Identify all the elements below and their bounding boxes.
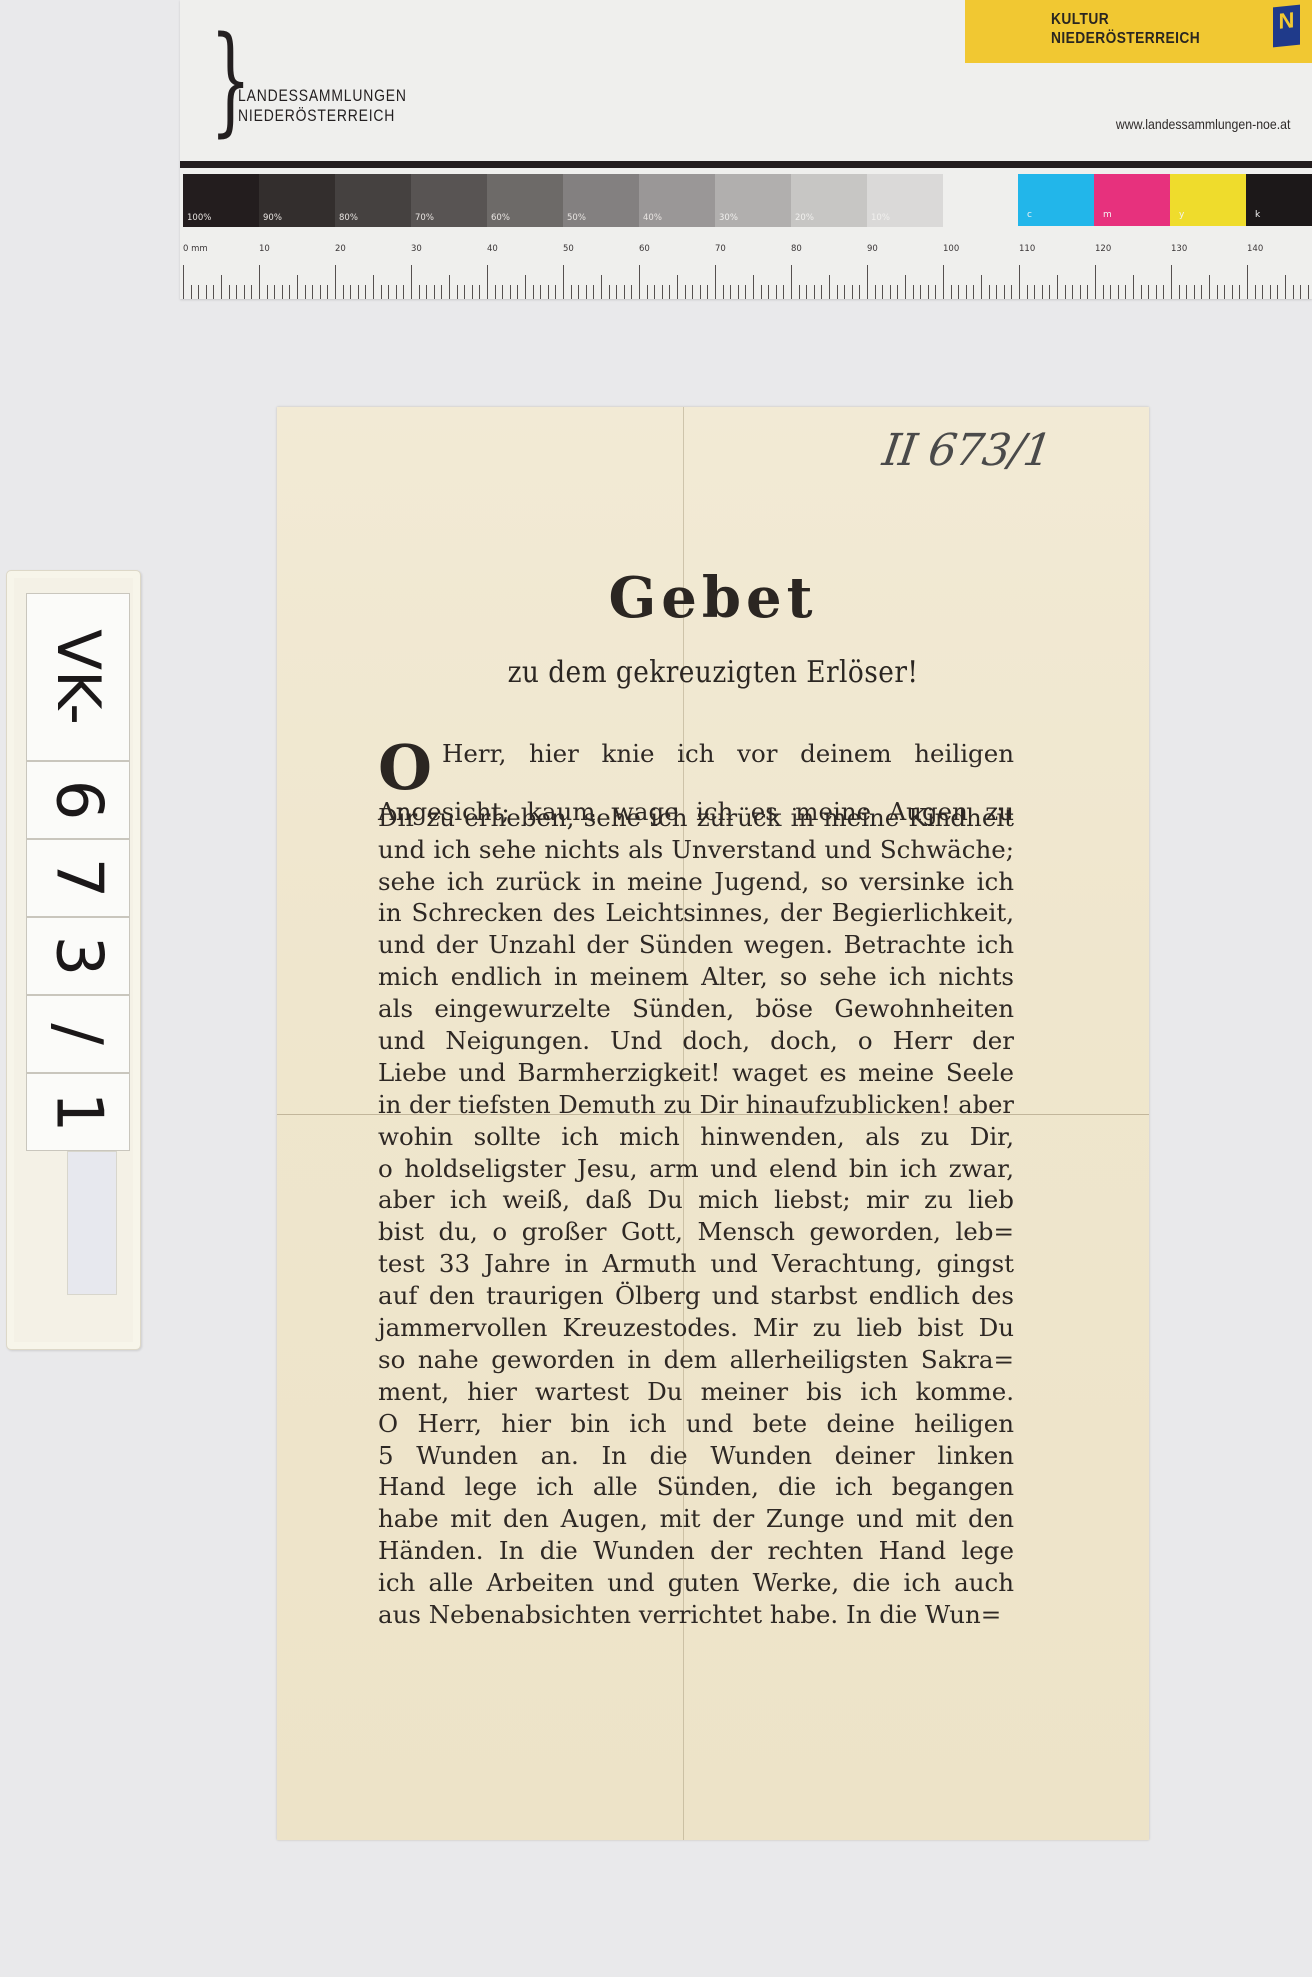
ruler-tick <box>1019 265 1020 299</box>
ruler-tick <box>510 285 511 299</box>
gray-step-label: 70% <box>415 213 434 223</box>
ruler-tick <box>966 285 967 299</box>
holder-empty-slot <box>67 1151 117 1295</box>
ruler-tick <box>305 285 306 299</box>
document-text-line: mich endlich in meinem Alter, so sehe ic… <box>378 961 1014 993</box>
ruler-tick <box>768 285 769 299</box>
gray-step: 20% <box>791 174 867 227</box>
gray-step: 100% <box>183 174 259 227</box>
ruler-tick <box>852 285 853 299</box>
ruler-tick <box>1141 285 1142 299</box>
ruler-tick <box>563 265 564 299</box>
ruler-tick <box>639 265 640 299</box>
ruler-tick <box>1300 285 1301 299</box>
label-tag-text: 3 <box>46 936 110 977</box>
ruler-tick <box>213 285 214 299</box>
ruler-tick <box>1308 285 1309 299</box>
ruler-tick <box>1293 285 1294 299</box>
ruler-tick <box>875 285 876 299</box>
ruler-tick <box>935 285 936 299</box>
document-text-line: O Herr, hier bin ich und bete deine heil… <box>378 1408 1014 1440</box>
handwritten-inventory-number: II 673/1 <box>879 425 1054 476</box>
ruler-tick <box>365 285 366 299</box>
ruler-tick <box>1171 265 1172 299</box>
document-text-line: Angesicht; kaum wage ich es meine Augen … <box>378 770 1014 802</box>
ruler-tick <box>1125 285 1126 299</box>
ruler-tick <box>457 285 458 299</box>
institution-line-2: NIEDERÖSTERREICH <box>238 106 407 126</box>
ruler-tick <box>973 285 974 299</box>
ruler-tick <box>745 285 746 299</box>
ruler-tick <box>578 285 579 299</box>
ruler-tick <box>821 285 822 299</box>
document-text-line: ment, hier wartest Du meiner bis ich kom… <box>378 1376 1014 1408</box>
document-text-line: Liebe und Barmherzigkeit! waget es meine… <box>378 1057 1014 1089</box>
document-text-line: Dir zu erheben, sehe ich zurück in meine… <box>378 802 1014 834</box>
ruler-tick <box>669 285 670 299</box>
ruler-tick <box>206 285 207 299</box>
document-text-line: bist du, o großer Gott, Mensch geworden,… <box>378 1216 1014 1248</box>
ruler-tick <box>897 285 898 299</box>
ruler-tick <box>1034 285 1035 299</box>
ruler-tick <box>920 285 921 299</box>
ruler-tick <box>525 275 526 299</box>
cmyk-step-label: y <box>1179 210 1184 220</box>
ruler-tick <box>753 275 754 299</box>
document-text-line: wohin sollte ich mich hinwenden, als zu … <box>378 1121 1014 1153</box>
ruler-tick <box>616 285 617 299</box>
ruler-tick <box>381 285 382 299</box>
gray-step: 90% <box>259 174 335 227</box>
institution-name: LANDESSAMMLUNGEN NIEDERÖSTERREICH <box>238 86 407 126</box>
ruler-tick <box>1224 285 1225 299</box>
cmyk-step: m <box>1094 174 1170 226</box>
ruler-tick <box>343 285 344 299</box>
ruler-tick <box>1217 285 1218 299</box>
ruler-tick <box>692 285 693 299</box>
ruler-tick <box>297 275 298 299</box>
document-sheet: II 673/1 Gebet zu dem gekreuzigten Erlös… <box>277 407 1149 1840</box>
ruler-label: 80 <box>791 244 802 254</box>
ruler-tick <box>434 285 435 299</box>
ruler-tick <box>1103 285 1104 299</box>
ruler-tick <box>677 275 678 299</box>
ruler-tick <box>183 265 184 299</box>
document-text-line: in der tiefsten Demuth zu Dir hinaufzubl… <box>378 1089 1014 1121</box>
ruler-tick <box>335 265 336 299</box>
document-text-line: habe mit den Augen, mit der Zunge und mi… <box>378 1503 1014 1535</box>
ruler-tick <box>312 285 313 299</box>
ruler-tick <box>274 285 275 299</box>
gray-step-label: 100% <box>187 213 211 223</box>
cmyk-step-label: c <box>1027 210 1032 220</box>
ruler-tick <box>441 285 442 299</box>
gray-step-label: 20% <box>795 213 814 223</box>
ruler-tick <box>981 275 982 299</box>
brand-text: KULTUR NIEDERÖSTERREICH <box>1051 10 1200 48</box>
ruler-label: 100 <box>943 244 959 254</box>
document-text-line: aber ich weiß, daß Du mich liebst; mir z… <box>378 1184 1014 1216</box>
ruler-tick <box>844 285 845 299</box>
ruler-tick <box>905 275 906 299</box>
ruler-tick <box>943 265 944 299</box>
ruler-tick <box>540 285 541 299</box>
ruler-tick <box>282 285 283 299</box>
ruler-tick <box>502 285 503 299</box>
ruler-label: 90 <box>867 244 878 254</box>
label-tag: 6 <box>26 761 130 839</box>
object-label-holder: VK-673/1 <box>6 570 141 1350</box>
ruler-tick <box>1095 265 1096 299</box>
ruler-tick <box>723 285 724 299</box>
ruler-tick <box>1027 285 1028 299</box>
ruler-tick <box>267 285 268 299</box>
ruler-tick <box>685 285 686 299</box>
ruler-label: 20 <box>335 244 346 254</box>
ruler-tick <box>327 285 328 299</box>
ruler-tick <box>654 285 655 299</box>
label-tag-text: 6 <box>46 780 110 821</box>
ruler-tick <box>631 285 632 299</box>
cmyk-step-label: k <box>1255 210 1260 220</box>
ruler-tick <box>479 285 480 299</box>
label-tag: 1 <box>26 1073 130 1151</box>
document-subtitle: zu dem gekreuzigten Erlöser! <box>329 655 1096 690</box>
ruler-tick <box>707 285 708 299</box>
ruler-tick <box>358 285 359 299</box>
ruler-tick <box>1186 285 1187 299</box>
ruler-label: 40 <box>487 244 498 254</box>
ruler-tick <box>1277 285 1278 299</box>
gray-step-label: 40% <box>643 213 662 223</box>
ruler-tick <box>662 285 663 299</box>
gray-step: 80% <box>335 174 411 227</box>
ruler-label: 130 <box>1171 244 1187 254</box>
ruler-tick <box>958 285 959 299</box>
ruler-tick <box>791 265 792 299</box>
gray-step: 10% <box>867 174 943 227</box>
ruler-label: 110 <box>1019 244 1035 254</box>
cmyk-strip: cmyk <box>1018 174 1312 226</box>
document-text-line: Händen. In die Wunden der rechten Hand l… <box>378 1535 1014 1567</box>
grayscale-strip: 100%90%80%70%60%50%40%30%20%10% <box>183 174 943 227</box>
document-title: Gebet <box>277 565 1149 631</box>
ruler-tick <box>548 285 549 299</box>
ruler-tick <box>244 285 245 299</box>
ruler-tick <box>738 285 739 299</box>
document-text-line: test 33 Jahre in Armuth und Verachtung, … <box>378 1248 1014 1280</box>
document-text-line: aus Nebenabsichten verrichtet habe. In d… <box>378 1599 1014 1631</box>
ruler-tick <box>1072 285 1073 299</box>
ruler-tick <box>350 285 351 299</box>
ruler-tick <box>1232 285 1233 299</box>
ruler-tick <box>593 285 594 299</box>
drop-cap: O <box>378 740 432 796</box>
ruler-tick <box>1148 285 1149 299</box>
ruler-tick <box>1042 285 1043 299</box>
ruler-tick <box>859 285 860 299</box>
ruler-tick <box>472 285 473 299</box>
document-text-line: so nahe geworden in dem allerheiligsten … <box>378 1344 1014 1376</box>
ruler-tick <box>586 285 587 299</box>
website-url: www.landessammlungen-noe.at <box>1115 116 1290 132</box>
ruler-tick <box>1209 275 1210 299</box>
ruler-ticks <box>183 263 1312 299</box>
ruler-tick <box>373 275 374 299</box>
gray-step-label: 30% <box>719 213 738 223</box>
ruler-tick <box>1262 285 1263 299</box>
ruler-tick <box>928 285 929 299</box>
document-body: O Herr, hier knie ich vor deinem heilige… <box>378 738 1014 1631</box>
ruler-tick <box>647 285 648 299</box>
ruler-tick <box>555 285 556 299</box>
document-text-line: o holdseligster Jesu, arm und elend bin … <box>378 1153 1014 1185</box>
ruler-tick <box>814 285 815 299</box>
ruler-tick <box>411 265 412 299</box>
ruler-label: 140 <box>1247 244 1263 254</box>
cmyk-step: k <box>1246 174 1312 226</box>
ruler-tick <box>1201 285 1202 299</box>
ruler-label: 30 <box>411 244 422 254</box>
document-text-line: als eingewurzelte Sünden, böse Gewohnhei… <box>378 993 1014 1025</box>
ruler-tick <box>320 285 321 299</box>
ruler-tick <box>517 285 518 299</box>
label-tag-text: 1 <box>46 1092 110 1133</box>
color-reference-card: } LANDESSAMMLUNGEN NIEDERÖSTERREICH KULT… <box>180 0 1312 299</box>
ruler-tick <box>837 285 838 299</box>
ruler-tick <box>289 285 290 299</box>
ruler-tick <box>1163 285 1164 299</box>
document-text-line: 5 Wunden an. In die Wunden deiner linken <box>378 1440 1014 1472</box>
ruler-tick <box>259 265 260 299</box>
ruler-tick <box>464 285 465 299</box>
ruler-tick <box>1011 285 1012 299</box>
ruler-tick <box>426 285 427 299</box>
ruler-tick <box>251 285 252 299</box>
ruler-tick <box>1285 275 1286 299</box>
label-tag: 7 <box>26 839 130 917</box>
ruler-tick <box>867 265 868 299</box>
ruler-tick <box>989 285 990 299</box>
document-text-line: auf den traurigen Ölberg und starbst end… <box>378 1280 1014 1312</box>
ruler-tick <box>1270 285 1271 299</box>
ruler-tick <box>730 285 731 299</box>
ruler-tick <box>1087 285 1088 299</box>
black-band <box>180 161 1312 168</box>
ruler-tick <box>776 285 777 299</box>
ruler-tick <box>951 285 952 299</box>
ruler-label: 10 <box>259 244 270 254</box>
ruler-tick <box>1080 285 1081 299</box>
ruler-label: 120 <box>1095 244 1111 254</box>
ruler-tick <box>571 285 572 299</box>
gray-step-label: 90% <box>263 213 282 223</box>
brand-line-2: NIEDERÖSTERREICH <box>1051 29 1200 48</box>
label-tag: 3 <box>26 917 130 995</box>
ruler-tick <box>1255 285 1256 299</box>
ruler-tick <box>495 285 496 299</box>
ruler-tick <box>601 275 602 299</box>
gray-step: 30% <box>715 174 791 227</box>
ruler-tick <box>1118 285 1119 299</box>
ruler-tick <box>806 285 807 299</box>
document-text-line: sehe ich zurück in meine Jugend, so vers… <box>378 866 1014 898</box>
cmyk-step: c <box>1018 174 1094 226</box>
ruler-label: 70 <box>715 244 726 254</box>
brand-line-1: KULTUR <box>1051 10 1200 29</box>
gray-step: 60% <box>487 174 563 227</box>
gray-step: 70% <box>411 174 487 227</box>
ruler-tick <box>1049 285 1050 299</box>
label-tag-text: / <box>46 1023 110 1045</box>
ruler-tick <box>229 285 230 299</box>
gray-step-label: 10% <box>871 213 890 223</box>
gray-step-label: 50% <box>567 213 586 223</box>
ruler-tick <box>882 285 883 299</box>
ruler-tick <box>1194 285 1195 299</box>
gray-step-label: 60% <box>491 213 510 223</box>
ruler-tick <box>913 285 914 299</box>
ruler-label: 0 mm <box>183 244 208 254</box>
ruler-tick <box>396 285 397 299</box>
document-text-line: jammervollen Kreuzestodes. Mir zu lieb b… <box>378 1312 1014 1344</box>
ruler-tick <box>1110 285 1111 299</box>
ruler-tick <box>221 275 222 299</box>
ruler-tick <box>388 285 389 299</box>
ruler-tick <box>609 285 610 299</box>
document-text-line: und der Unzahl der Sünden wegen. Betrach… <box>378 929 1014 961</box>
ruler-tick <box>829 275 830 299</box>
label-tag-text: VK- <box>48 629 108 725</box>
institution-line-1: LANDESSAMMLUNGEN <box>238 86 407 106</box>
ruler-label: 60 <box>639 244 650 254</box>
noe-logo-icon: N <box>1273 5 1300 48</box>
gray-step: 40% <box>639 174 715 227</box>
ruler-tick <box>1179 285 1180 299</box>
ruler-tick <box>1156 285 1157 299</box>
ruler-tick <box>419 285 420 299</box>
ruler-label: 50 <box>563 244 574 254</box>
document-text-line: und ich sehe nichts als Unverstand und S… <box>378 834 1014 866</box>
mm-ruler: 0 mm102030405060708090100110120130140 <box>180 244 1312 299</box>
document-text-line: ich alle Arbeiten und guten Werke, die i… <box>378 1567 1014 1599</box>
ruler-tick <box>700 285 701 299</box>
ruler-tick <box>198 285 199 299</box>
ruler-tick <box>799 285 800 299</box>
brand-badge: KULTUR NIEDERÖSTERREICH N <box>965 0 1312 63</box>
ruler-tick <box>624 285 625 299</box>
ruler-tick <box>1065 285 1066 299</box>
label-tag-text: 7 <box>46 858 110 899</box>
ruler-tick <box>449 275 450 299</box>
document-text-line: Herr, hier knie ich vor deinem heiligen <box>378 738 1014 770</box>
document-text-line: in Schrecken des Leichtsinnes, der Begie… <box>378 897 1014 929</box>
ruler-tick <box>487 265 488 299</box>
ruler-tick <box>761 285 762 299</box>
cmyk-step-label: m <box>1103 210 1112 220</box>
ruler-tick <box>783 285 784 299</box>
cmyk-step: y <box>1170 174 1246 226</box>
ruler-tick <box>1239 285 1240 299</box>
document-text-line: Hand lege ich alle Sünden, die ich began… <box>378 1471 1014 1503</box>
ruler-tick <box>191 285 192 299</box>
ruler-tick <box>996 285 997 299</box>
ruler-tick <box>1133 275 1134 299</box>
label-tag: VK- <box>26 593 130 761</box>
label-tag: / <box>26 995 130 1073</box>
document-text-line: und Neigungen. Und doch, doch, o Herr de… <box>378 1025 1014 1057</box>
gray-step-label: 80% <box>339 213 358 223</box>
ruler-tick <box>1247 265 1248 299</box>
ruler-tick <box>403 285 404 299</box>
ruler-tick <box>1004 285 1005 299</box>
ruler-tick <box>236 285 237 299</box>
ruler-tick <box>1057 275 1058 299</box>
ruler-tick <box>533 285 534 299</box>
ruler-tick <box>715 265 716 299</box>
ruler-tick <box>890 285 891 299</box>
gray-step: 50% <box>563 174 639 227</box>
